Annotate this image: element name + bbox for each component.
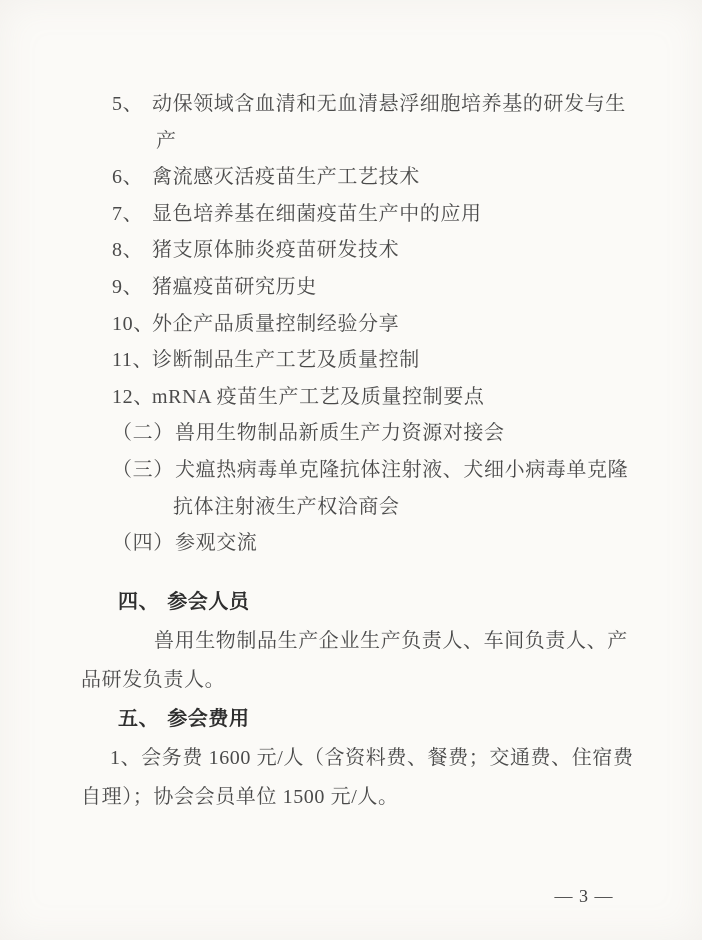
agenda-item-9-text: 猪瘟疫苗研究历史 — [152, 276, 317, 298]
agenda-item-12-text: mRNA 疫苗生产工艺及质量控制要点 — [152, 386, 484, 408]
agenda-item-6-text: 禽流感灭活疫苗生产工艺技术 — [152, 166, 420, 188]
section-attendees-number: 四、 — [118, 591, 159, 613]
agenda-item-8-number: 8、 — [112, 232, 152, 269]
agenda-item-7-number: 7、 — [112, 196, 152, 233]
agenda-item-5-continuation: 产 — [80, 123, 628, 160]
agenda-item-12: 12、mRNA 疫苗生产工艺及质量控制要点 — [80, 379, 628, 416]
scanned-document-page: 5、动保领域含血清和无血清悬浮细胞培养基的研发与生 产 6、禽流感灭活疫苗生产工… — [0, 0, 702, 940]
agenda-item-11: 11、诊断制品生产工艺及质量控制 — [80, 342, 628, 379]
subsection-3-text: 犬瘟热病毒单克隆抗体注射液、犬细小病毒单克隆 — [175, 459, 628, 481]
agenda-item-5: 5、动保领域含血清和无血清悬浮细胞培养基的研发与生 — [80, 86, 628, 123]
agenda-item-10-text: 外企产品质量控制经验分享 — [152, 313, 399, 335]
section-heading-fees: 五、参会费用 — [81, 700, 626, 739]
agenda-item-5-number: 5、 — [112, 86, 152, 123]
agenda-item-8-text: 猪支原体肺炎疫苗研发技术 — [152, 239, 399, 261]
fees-paragraph-line-2: 自理）；协会会员单位 1500 元/人。 — [81, 778, 626, 817]
agenda-item-5-text-cont: 产 — [156, 130, 177, 152]
agenda-item-6-number: 6、 — [112, 159, 152, 196]
subsection-4-number: （四） — [112, 525, 175, 562]
page-number: — 3 — — [545, 886, 623, 907]
subsection-2-text: 兽用生物制品新质生产力资源对接会 — [175, 422, 505, 444]
agenda-item-5-text: 动保领域含血清和无血清悬浮细胞培养基的研发与生 — [152, 93, 626, 115]
section-attendees-title: 参会人员 — [167, 591, 249, 613]
fees-paragraph-line-1: 1、会务费 1600 元/人（含资料费、餐费；交通费、住宿费 — [81, 739, 626, 778]
fees-text-line-2: 自理）；协会会员单位 1500 元/人。 — [81, 786, 399, 808]
subsection-3-text-cont: 抗体注射液生产权洽商会 — [173, 496, 400, 518]
attendees-text-line-2: 品研发负责人。 — [81, 669, 225, 691]
section-heading-attendees: 四、参会人员 — [81, 583, 626, 622]
subsection-4: （四）参观交流 — [80, 525, 628, 562]
attendees-paragraph-line-2: 品研发负责人。 — [81, 661, 626, 700]
agenda-item-12-number: 12、 — [112, 379, 152, 416]
subsection-3-number: （三） — [112, 452, 175, 489]
section-fees-number: 五、 — [118, 708, 159, 730]
fees-text-line-1: 1、会务费 1600 元/人（含资料费、餐费；交通费、住宿费 — [110, 747, 634, 769]
section-fees-title: 参会费用 — [167, 708, 249, 730]
attendees-paragraph-line-1: 兽用生物制品生产企业生产负责人、车间负责人、产 — [81, 622, 626, 661]
agenda-item-10-number: 10、 — [112, 306, 152, 343]
agenda-item-9-number: 9、 — [112, 269, 152, 306]
subsection-3: （三）犬瘟热病毒单克隆抗体注射液、犬细小病毒单克隆 — [80, 452, 628, 489]
agenda-item-7-text: 显色培养基在细菌疫苗生产中的应用 — [152, 203, 482, 225]
attendees-text-line-1: 兽用生物制品生产企业生产负责人、车间负责人、产 — [154, 630, 628, 652]
agenda-item-7: 7、显色培养基在细菌疫苗生产中的应用 — [80, 196, 628, 233]
agenda-item-9: 9、猪瘟疫苗研究历史 — [80, 269, 628, 306]
agenda-item-10: 10、外企产品质量控制经验分享 — [80, 306, 628, 343]
document-sections: 四、参会人员 兽用生物制品生产企业生产负责人、车间负责人、产 品研发负责人。 五… — [81, 583, 626, 817]
subsection-2-number: （二） — [112, 415, 175, 452]
agenda-item-11-text: 诊断制品生产工艺及质量控制 — [152, 349, 420, 371]
subsection-3-continuation: 抗体注射液生产权洽商会 — [80, 489, 628, 526]
agenda-item-8: 8、猪支原体肺炎疫苗研发技术 — [80, 232, 628, 269]
agenda-list: 5、动保领域含血清和无血清悬浮细胞培养基的研发与生 产 6、禽流感灭活疫苗生产工… — [80, 86, 628, 562]
subsection-4-text: 参观交流 — [175, 532, 257, 554]
agenda-item-6: 6、禽流感灭活疫苗生产工艺技术 — [80, 159, 628, 196]
subsection-2: （二）兽用生物制品新质生产力资源对接会 — [80, 415, 628, 452]
agenda-item-11-number: 11、 — [112, 342, 152, 379]
